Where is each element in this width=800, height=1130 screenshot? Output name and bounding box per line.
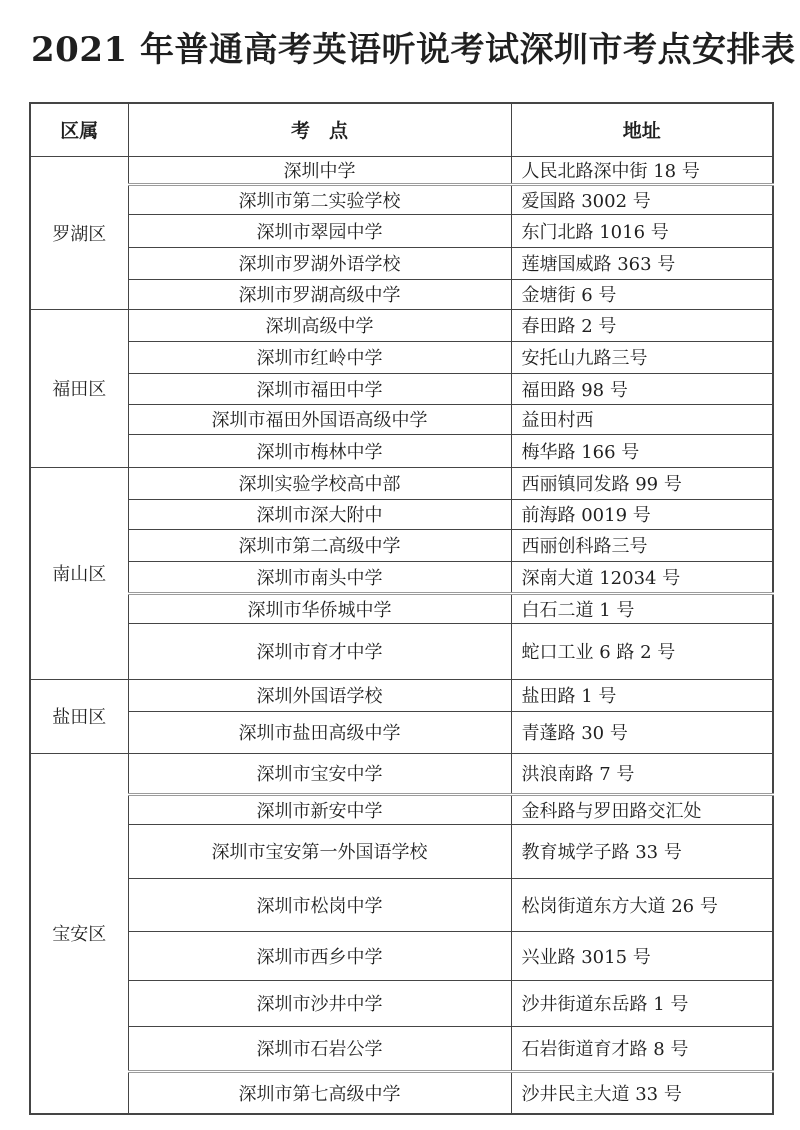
address-cell: 爱国路 3002 号 [511, 184, 773, 214]
table-row: 深圳市育才中学蛇口工业 6 路 2 号 [30, 623, 773, 679]
district-cell: 宝安区 [30, 753, 128, 1114]
district-cell: 盐田区 [30, 679, 128, 753]
venue-cell: 深圳市第二实验学校 [128, 184, 511, 214]
venue-cell: 深圳市罗湖外语学校 [128, 247, 511, 279]
address-cell: 东门北路 1016 号 [511, 214, 773, 247]
venue-cell: 深圳市第二高级中学 [128, 529, 511, 561]
table-row: 深圳市华侨城中学白石二道 1 号 [30, 593, 773, 623]
district-cell: 罗湖区 [30, 156, 128, 309]
venue-cell: 深圳高级中学 [128, 309, 511, 341]
address-cell: 盐田路 1 号 [511, 679, 773, 711]
venue-cell: 深圳市盐田高级中学 [128, 711, 511, 753]
table-row: 深圳市第二高级中学西丽创科路三号 [30, 529, 773, 561]
table-row: 深圳市福田外国语高级中学益田村西 [30, 404, 773, 434]
table-row: 深圳市罗湖外语学校莲塘国威路 363 号 [30, 247, 773, 279]
table-row: 深圳市石岩公学石岩街道育才路 8 号 [30, 1026, 773, 1071]
address-cell: 教育城学子路 33 号 [511, 824, 773, 878]
table-row: 深圳市梅林中学梅华路 166 号 [30, 434, 773, 467]
table-row: 宝安区深圳市宝安中学洪浪南路 7 号 [30, 753, 773, 794]
address-cell: 金科路与罗田路交汇处 [511, 794, 773, 824]
table-row: 深圳市南头中学深南大道 12034 号 [30, 561, 773, 593]
address-cell: 福田路 98 号 [511, 373, 773, 404]
venue-cell: 深圳市深大附中 [128, 499, 511, 529]
venue-cell: 深圳市福田中学 [128, 373, 511, 404]
table-row: 深圳市第二实验学校爱国路 3002 号 [30, 184, 773, 214]
address-cell: 青蓬路 30 号 [511, 711, 773, 753]
column-header-district: 区属 [30, 103, 128, 156]
venues-table-body: 罗湖区深圳中学人民北路深中街 18 号深圳市第二实验学校爱国路 3002 号深圳… [30, 156, 773, 1114]
address-cell: 莲塘国威路 363 号 [511, 247, 773, 279]
address-cell: 沙井街道东岳路 1 号 [511, 980, 773, 1026]
table-row: 深圳市第七高级中学沙井民主大道 33 号 [30, 1071, 773, 1114]
table-row: 深圳市罗湖高级中学金塘街 6 号 [30, 279, 773, 309]
district-cell: 南山区 [30, 467, 128, 679]
venue-cell: 深圳市罗湖高级中学 [128, 279, 511, 309]
table-row: 深圳市松岗中学松岗街道东方大道 26 号 [30, 878, 773, 931]
venue-cell: 深圳市宝安中学 [128, 753, 511, 794]
table-row: 南山区深圳实验学校高中部西丽镇同发路 99 号 [30, 467, 773, 499]
district-cell: 福田区 [30, 309, 128, 467]
venue-cell: 深圳市南头中学 [128, 561, 511, 593]
venue-cell: 深圳外国语学校 [128, 679, 511, 711]
document-page: 2021 年普通高考英语听说考试深圳市考点安排表 区属 考 点 地址 罗湖区深圳… [0, 0, 800, 1130]
address-cell: 洪浪南路 7 号 [511, 753, 773, 794]
venue-cell: 深圳市梅林中学 [128, 434, 511, 467]
venues-table: 区属 考 点 地址 罗湖区深圳中学人民北路深中街 18 号深圳市第二实验学校爱国… [29, 102, 774, 1115]
venue-cell: 深圳市翠园中学 [128, 214, 511, 247]
column-header-address: 地址 [511, 103, 773, 156]
address-cell: 安托山九路三号 [511, 341, 773, 373]
page-title: 2021 年普通高考英语听说考试深圳市考点安排表 [31, 22, 776, 71]
address-cell: 人民北路深中街 18 号 [511, 156, 773, 184]
address-cell: 白石二道 1 号 [511, 593, 773, 623]
venue-cell: 深圳市松岗中学 [128, 878, 511, 931]
table-row: 深圳市翠园中学东门北路 1016 号 [30, 214, 773, 247]
venue-cell: 深圳中学 [128, 156, 511, 184]
address-cell: 松岗街道东方大道 26 号 [511, 878, 773, 931]
venue-cell: 深圳市西乡中学 [128, 931, 511, 980]
venue-cell: 深圳市红岭中学 [128, 341, 511, 373]
table-row: 福田区深圳高级中学春田路 2 号 [30, 309, 773, 341]
venue-cell: 深圳实验学校高中部 [128, 467, 511, 499]
table-row: 深圳市盐田高级中学青蓬路 30 号 [30, 711, 773, 753]
venue-cell: 深圳市沙井中学 [128, 980, 511, 1026]
table-row: 深圳市新安中学金科路与罗田路交汇处 [30, 794, 773, 824]
venue-cell: 深圳市宝安第一外国语学校 [128, 824, 511, 878]
column-header-venue: 考 点 [128, 103, 511, 156]
venue-cell: 深圳市育才中学 [128, 623, 511, 679]
address-cell: 石岩街道育才路 8 号 [511, 1026, 773, 1071]
address-cell: 西丽镇同发路 99 号 [511, 467, 773, 499]
table-row: 盐田区深圳外国语学校盐田路 1 号 [30, 679, 773, 711]
venue-cell: 深圳市第七高级中学 [128, 1071, 511, 1114]
address-cell: 春田路 2 号 [511, 309, 773, 341]
table-row: 罗湖区深圳中学人民北路深中街 18 号 [30, 156, 773, 184]
venue-cell: 深圳市新安中学 [128, 794, 511, 824]
address-cell: 沙井民主大道 33 号 [511, 1071, 773, 1114]
address-cell: 益田村西 [511, 404, 773, 434]
address-cell: 深南大道 12034 号 [511, 561, 773, 593]
address-cell: 前海路 0019 号 [511, 499, 773, 529]
venue-cell: 深圳市福田外国语高级中学 [128, 404, 511, 434]
venue-cell: 深圳市石岩公学 [128, 1026, 511, 1071]
table-row: 深圳市红岭中学安托山九路三号 [30, 341, 773, 373]
table-header-row: 区属 考 点 地址 [30, 103, 773, 156]
address-cell: 蛇口工业 6 路 2 号 [511, 623, 773, 679]
table-row: 深圳市西乡中学兴业路 3015 号 [30, 931, 773, 980]
venue-cell: 深圳市华侨城中学 [128, 593, 511, 623]
address-cell: 金塘街 6 号 [511, 279, 773, 309]
address-cell: 兴业路 3015 号 [511, 931, 773, 980]
table-row: 深圳市宝安第一外国语学校教育城学子路 33 号 [30, 824, 773, 878]
table-row: 深圳市深大附中前海路 0019 号 [30, 499, 773, 529]
table-row: 深圳市沙井中学沙井街道东岳路 1 号 [30, 980, 773, 1026]
address-cell: 梅华路 166 号 [511, 434, 773, 467]
address-cell: 西丽创科路三号 [511, 529, 773, 561]
table-row: 深圳市福田中学福田路 98 号 [30, 373, 773, 404]
